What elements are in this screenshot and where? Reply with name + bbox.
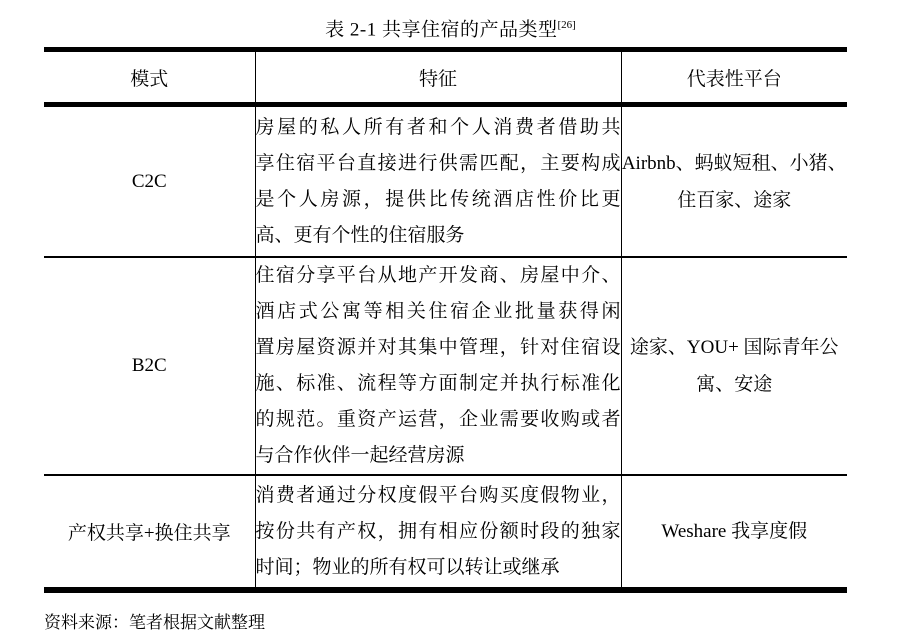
features-line: 时间；物业的所有权可以转让或继承: [256, 550, 621, 586]
features-line: 享住宿平台直接进行供需匹配，主要构成: [256, 146, 621, 182]
header-row: 模式 特征 代表性平台: [44, 50, 847, 105]
table-row-ownership-sharing: 产权共享+换住共享 消费者通过分权度假平台购买度假物业， 按份共有产权，拥有相应…: [44, 475, 847, 590]
table-caption-text: 表 2-1 共享住宿的产品类型: [325, 19, 557, 40]
shared-accommodation-product-type-table: 模式 特征 代表性平台 C2C 房屋的私人所有者和个人消费者借助共 享住宿平台直…: [44, 47, 847, 593]
table-row-c2c: C2C 房屋的私人所有者和个人消费者借助共 享住宿平台直接进行供需匹配，主要构成…: [44, 105, 847, 258]
platforms-line: Airbnb、蚂蚁短租、小猪、: [622, 145, 848, 182]
platforms-cell: Airbnb、蚂蚁短租、小猪、 住百家、途家: [621, 105, 847, 258]
features-cell: 住宿分享平台从地产开发商、房屋中介、 酒店式公寓等相关住宿企业批量获得闲 置房屋…: [255, 257, 621, 475]
features-line: 置房屋资源并对其集中管理，针对住宿设: [256, 330, 621, 366]
features-cell: 消费者通过分权度假平台购买度假物业， 按份共有产权，拥有相应份额时段的独家 时间…: [255, 475, 621, 590]
features-line: 是个人房源，提供比传统酒店性价比更: [256, 182, 621, 218]
features-line: 酒店式公寓等相关住宿企业批量获得闲: [256, 294, 621, 330]
features-line: 消费者通过分权度假平台购买度假物业，: [256, 478, 621, 514]
features-line: 按份共有产权，拥有相应份额时段的独家: [256, 514, 621, 550]
platforms-line: 住百家、途家: [622, 182, 848, 219]
table-row-b2c: B2C 住宿分享平台从地产开发商、房屋中介、 酒店式公寓等相关住宿企业批量获得闲…: [44, 257, 847, 475]
features-cell: 房屋的私人所有者和个人消费者借助共 享住宿平台直接进行供需匹配，主要构成 是个人…: [255, 105, 621, 258]
platforms-line: 途家、YOU+ 国际青年公: [622, 329, 848, 366]
platforms-cell: 途家、YOU+ 国际青年公 寓、安途: [621, 257, 847, 475]
platforms-line: 寓、安途: [622, 366, 848, 403]
features-line: 施、标准、流程等方面制定并执行标准化: [256, 366, 621, 402]
features-line: 高、更有个性的住宿服务: [256, 218, 621, 254]
source-note: 资料来源：笔者根据文献整理: [44, 611, 901, 635]
features-line: 住宿分享平台从地产开发商、房屋中介、: [256, 258, 621, 294]
citation-superscript: [26]: [558, 19, 576, 31]
mode-cell: C2C: [44, 105, 255, 258]
features-line: 与合作伙伴一起经营房源: [256, 438, 621, 474]
features-line: 的规范。重资产运营，企业需要收购或者: [256, 402, 621, 438]
document-page: 表 2-1 共享住宿的产品类型[26] 模式 特征 代表性平台 C2C 房屋的私…: [0, 0, 901, 642]
table-caption: 表 2-1 共享住宿的产品类型[26]: [0, 12, 901, 38]
header-cell-mode: 模式: [44, 50, 255, 105]
features-line: 房屋的私人所有者和个人消费者借助共: [256, 110, 621, 146]
platforms-line: Weshare 我享度假: [622, 513, 848, 550]
platforms-cell: Weshare 我享度假: [621, 475, 847, 590]
header-cell-platforms: 代表性平台: [621, 50, 847, 105]
mode-cell: B2C: [44, 257, 255, 475]
header-cell-features: 特征: [255, 50, 621, 105]
mode-cell: 产权共享+换住共享: [44, 475, 255, 590]
